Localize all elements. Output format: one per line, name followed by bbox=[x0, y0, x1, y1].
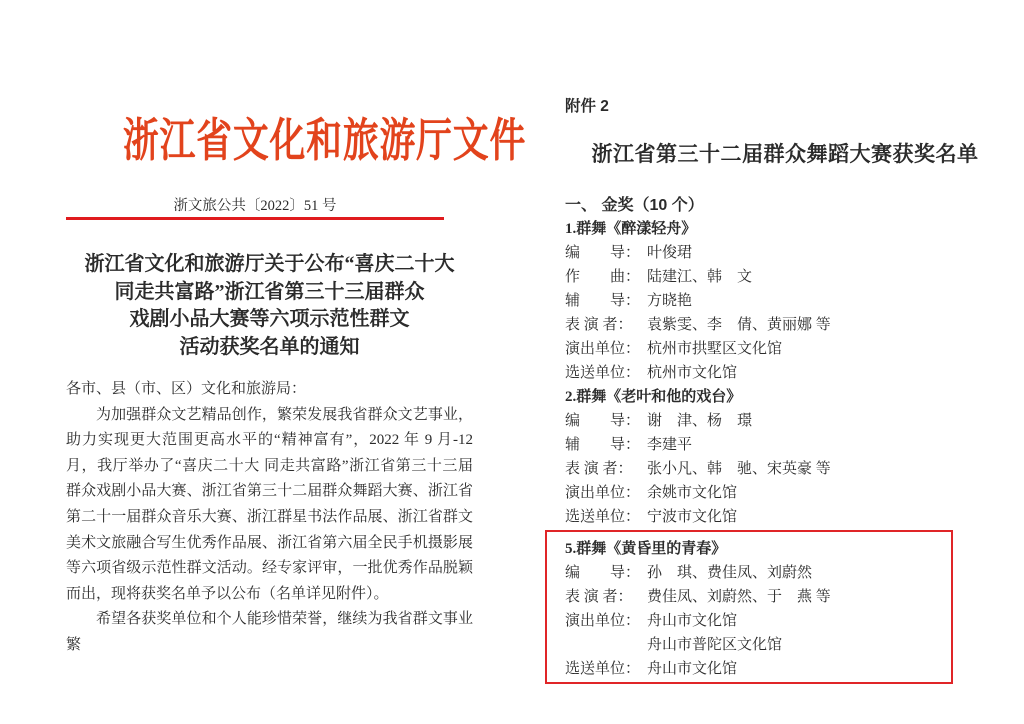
document-title-line: 活动获奖名单的通知 bbox=[66, 334, 473, 362]
entry-row-value: 袁紫雯、李 倩、黄丽娜 等 bbox=[647, 317, 831, 333]
entry-row: 演出单位：杭州市拱墅区文化馆 bbox=[565, 337, 965, 361]
entry-row-label: 辅 导： bbox=[565, 433, 641, 457]
entry-row: 选送单位：宁波市文化馆 bbox=[565, 505, 965, 529]
award-entries: 1.群舞《醉漾轻舟》 编 导：叶俊珺 作 曲：陆建江、韩 文 辅 导：方晓艳 表… bbox=[565, 217, 965, 529]
entry-row: 编 导：叶俊珺 bbox=[565, 241, 965, 265]
entry-row: 编 导：孙 琪、费佳凤、刘蔚然 bbox=[565, 561, 951, 585]
document-body: 各市、县（市、区）文化和旅游局： 为加强群众文艺精品创作，繁荣发展我省群众文艺事… bbox=[66, 377, 473, 659]
entry-heading: 2.群舞《老叶和他的戏台》 bbox=[565, 385, 965, 409]
right-page: 附件 2 浙江省第三十二届群众舞蹈大赛获奖名单 一、 金奖（10 个） 1.群舞… bbox=[545, 0, 980, 724]
entry-row-value: 张小凡、韩 驰、宋英豪 等 bbox=[647, 461, 831, 477]
document-title-line: 浙江省文化和旅游厅关于公布“喜庆二十大 bbox=[66, 251, 473, 279]
document-number: 浙文旅公共〔2022〕51 号 bbox=[66, 194, 444, 215]
left-page: 浙江省文化和旅游厅文件 浙文旅公共〔2022〕51 号 浙江省文化和旅游厅关于公… bbox=[66, 0, 473, 724]
entry-row-label: 表 演 者： bbox=[565, 457, 641, 481]
document-title-line: 同走共富路”浙江省第三十三届群众 bbox=[66, 279, 473, 307]
entry-row: 表 演 者：费佳凤、刘蔚然、于 燕 等 bbox=[565, 585, 951, 609]
letterhead-divider bbox=[66, 217, 444, 220]
entry-row-value: 孙 琪、费佳凤、刘蔚然 bbox=[647, 565, 812, 581]
gold-award-section-heading: 一、 金奖（10 个） bbox=[565, 192, 704, 215]
entry-row: 表 演 者：张小凡、韩 驰、宋英豪 等 bbox=[565, 457, 965, 481]
entry-row-value: 费佳凤、刘蔚然、于 燕 等 bbox=[647, 589, 831, 605]
entry-row-continuation: 舟山市普陀区文化馆 bbox=[565, 633, 951, 657]
entry-row-label: 编 导： bbox=[565, 561, 641, 585]
entry-row-label: 作 曲： bbox=[565, 265, 641, 289]
award-list-title: 浙江省第三十二届群众舞蹈大赛获奖名单 bbox=[575, 138, 995, 168]
highlighted-entry-box: 5.群舞《黄昏里的青春》 编 导：孙 琪、费佳凤、刘蔚然 表 演 者：费佳凤、刘… bbox=[545, 530, 953, 684]
entry-row-label: 表 演 者： bbox=[565, 313, 641, 337]
entry-row-label: 表 演 者： bbox=[565, 585, 641, 609]
entry-row-label: 选送单位： bbox=[565, 505, 641, 529]
entry-row: 演出单位：舟山市文化馆 bbox=[565, 609, 951, 633]
entry-row: 编 导：谢 津、杨 璟 bbox=[565, 409, 965, 433]
entry-row-value: 方晓艳 bbox=[647, 293, 692, 309]
agency-letterhead: 浙江省文化和旅游厅文件 bbox=[66, 104, 473, 170]
entry-row-value: 舟山市文化馆 bbox=[647, 661, 737, 677]
body-paragraph: 希望各获奖单位和个人能珍惜荣誉，继续为我省群文事业繁 bbox=[66, 607, 473, 658]
entry-row-value: 陆建江、韩 文 bbox=[647, 269, 752, 285]
entry-heading: 5.群舞《黄昏里的青春》 bbox=[565, 537, 951, 561]
entry-row: 选送单位：杭州市文化馆 bbox=[565, 361, 965, 385]
entry-row-value: 舟山市普陀区文化馆 bbox=[647, 637, 782, 653]
entry-row-value: 杭州市拱墅区文化馆 bbox=[647, 341, 782, 357]
entry-row-value: 余姚市文化馆 bbox=[647, 485, 737, 501]
document-title-line: 戏剧小品大赛等六项示范性群文 bbox=[66, 306, 473, 334]
document-canvas: 浙江省文化和旅游厅文件 浙文旅公共〔2022〕51 号 浙江省文化和旅游厅关于公… bbox=[0, 0, 1024, 724]
entry-row-value: 叶俊珺 bbox=[647, 245, 692, 261]
entry-row-label: 辅 导： bbox=[565, 289, 641, 313]
entry-heading: 1.群舞《醉漾轻舟》 bbox=[565, 217, 965, 241]
entry-row-value: 舟山市文化馆 bbox=[647, 613, 737, 629]
entry-row-label: 编 导： bbox=[565, 241, 641, 265]
entry-row-label: 演出单位： bbox=[565, 337, 641, 361]
salutation: 各市、县（市、区）文化和旅游局： bbox=[66, 377, 473, 403]
entry-row-value: 杭州市文化馆 bbox=[647, 365, 737, 381]
entry-row-label: 演出单位： bbox=[565, 609, 641, 633]
entry-row-label: 编 导： bbox=[565, 409, 641, 433]
entry-row-value: 李建平 bbox=[647, 437, 692, 453]
body-paragraph: 为加强群众文艺精品创作，繁荣发展我省群众文艺事业，助力实现更大范围更高水平的“精… bbox=[66, 403, 473, 608]
entry-row-label: 选送单位： bbox=[565, 361, 641, 385]
entry-row: 作 曲：陆建江、韩 文 bbox=[565, 265, 965, 289]
entry-row: 演出单位：余姚市文化馆 bbox=[565, 481, 965, 505]
document-title: 浙江省文化和旅游厅关于公布“喜庆二十大 同走共富路”浙江省第三十三届群众 戏剧小… bbox=[66, 251, 473, 361]
entry-row-value: 宁波市文化馆 bbox=[647, 509, 737, 525]
entry-row-label: 选送单位： bbox=[565, 657, 641, 681]
entry-row: 辅 导：方晓艳 bbox=[565, 289, 965, 313]
attachment-label: 附件 2 bbox=[565, 94, 609, 116]
entry-row: 表 演 者：袁紫雯、李 倩、黄丽娜 等 bbox=[565, 313, 965, 337]
entry-row: 选送单位：舟山市文化馆 bbox=[565, 657, 951, 681]
entry-row-label: 演出单位： bbox=[565, 481, 641, 505]
agency-letterhead-text: 浙江省文化和旅游厅文件 bbox=[123, 104, 526, 170]
entry-row: 辅 导：李建平 bbox=[565, 433, 965, 457]
entry-row-value: 谢 津、杨 璟 bbox=[647, 413, 752, 429]
